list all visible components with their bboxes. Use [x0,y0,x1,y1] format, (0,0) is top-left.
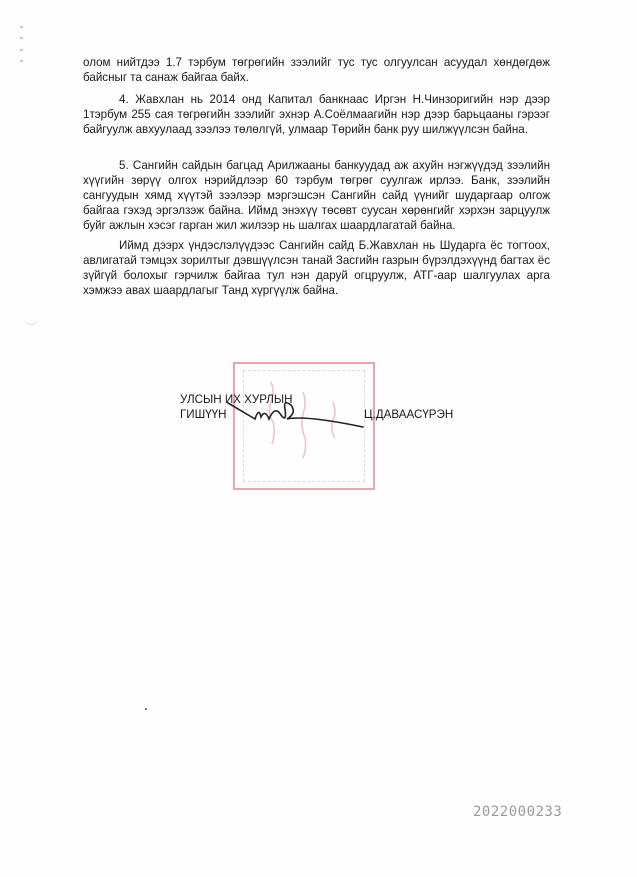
paragraph-item-4: 4. Жавхлан нь 2014 онд Капитал банкнаас … [83,92,550,137]
paragraph-text: Иймд дээрх үндэслэлүүдээс Сангийн сайд Б… [83,238,550,298]
paragraph-conclusion: Иймд дээрх үндэслэлүүдээс Сангийн сайд Б… [83,238,550,298]
punch-mark [20,49,23,51]
registration-number: 2022000233 [473,804,562,820]
paragraph-text: олом нийтдээ 1.7 тэрбум төгрөгийн зээлий… [83,55,550,85]
paragraph-text: 5. Сангийн сайдын багцад Арилжааны банку… [83,158,550,233]
paragraph-text: 4. Жавхлан нь 2014 онд Капитал банкнаас … [83,92,550,137]
paragraph-item-5: 5. Сангийн сайдын багцад Арилжааны банку… [83,158,550,233]
document-page: олом нийтдээ 1.7 тэрбум төгрөгийн зээлий… [0,0,637,877]
scan-artifact [24,314,38,325]
signatory-name: Ц.ДАВААСҮРЭН [364,407,453,422]
punch-mark [20,26,23,28]
punch-mark [20,37,23,39]
punch-mark [20,60,23,62]
handwritten-signature-icon [225,395,365,435]
scan-artifact [145,708,147,710]
paragraph-continuation: олом нийтдээ 1.7 тэрбум төгрөгийн зээлий… [83,55,550,85]
